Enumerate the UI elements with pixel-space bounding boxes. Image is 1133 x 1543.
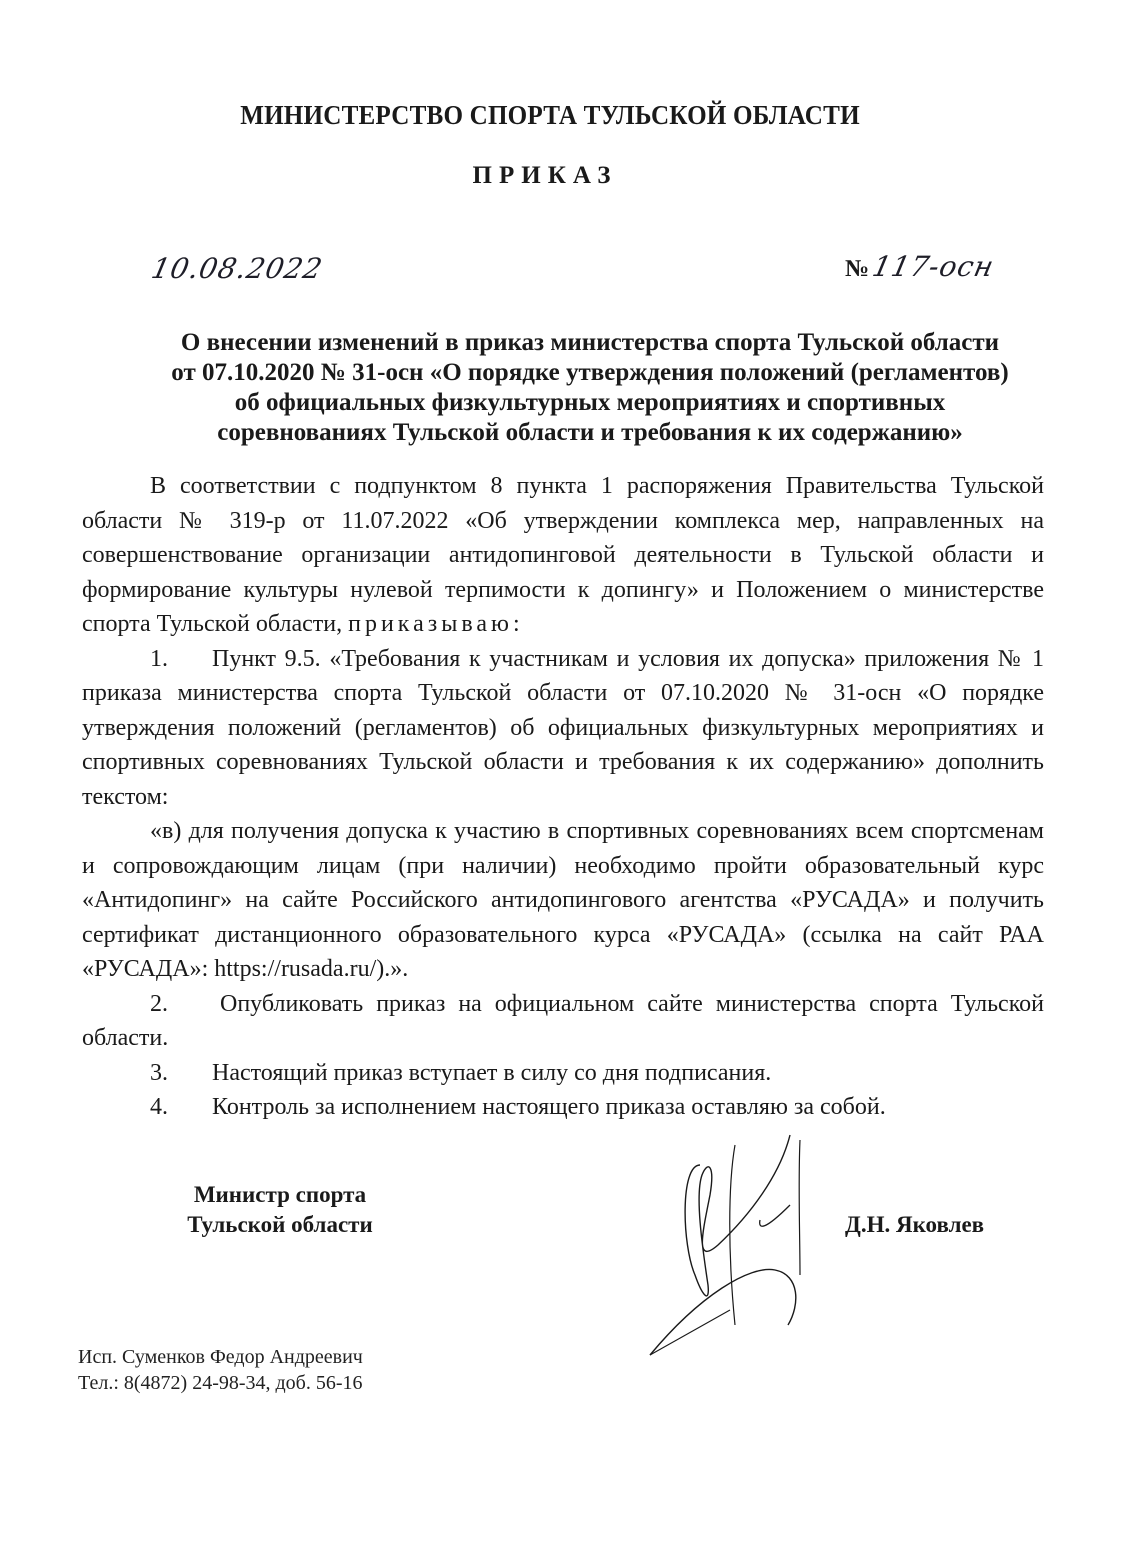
title-line: от 07.10.2020 № 31-осн «О порядке утверж… [80,358,1100,388]
number-sign: № [845,256,869,283]
title-line: О внесении изменений в приказ министерст… [80,328,1100,358]
item-number: 2. [150,987,220,1022]
title-line: соревнованиях Тульской области и требова… [80,418,1100,448]
handwritten-signature-icon [640,1125,870,1375]
executor-name: Исп. Суменков Федор Андреевич [78,1344,363,1370]
ministry-header: МИНИСТЕРСТВО СПОРТА ТУЛЬСКОЙ ОБЛАСТИ [39,100,1062,131]
item-number: 4. [150,1090,212,1125]
item-4: 4.Контроль за исполнением настоящего при… [82,1090,1044,1125]
item-1: 1.Пункт 9.5. «Требования к участникам и … [82,642,1044,815]
item-text: Контроль за исполнением настоящего прика… [212,1094,886,1120]
order-title: О внесении изменений в приказ министерст… [80,328,1100,448]
item-text: Пункт 9.5. «Требования к участникам и ус… [82,646,1044,810]
item-text: Настоящий приказ вступает в силу со дня … [212,1060,771,1086]
item-text: Опубликовать приказ на официальном сайте… [82,991,1044,1052]
order-body: В соответствии с подпунктом 8 пункта 1 р… [82,469,1044,1125]
preamble-paragraph: В соответствии с подпунктом 8 пункта 1 р… [82,469,1044,642]
order-date: 10.08.2022 [148,252,325,285]
executor-phone: Тел.: 8(4872) 24-98-34, доб. 56-16 [78,1370,363,1396]
item-2: 2.Опубликовать приказ на официальном сай… [82,987,1044,1056]
document-type: ПРИКАЗ [0,162,1090,190]
preamble-text: В соответствии с подпунктом 8 пункта 1 р… [82,473,1044,637]
item-text: «в) для получения допуска к участию в сп… [82,818,1044,982]
signatory-name: Д.Н. Яковлев [845,1212,984,1238]
title-line: об официальных физкультурных мероприятия… [80,388,1100,418]
item-3: 3.Настоящий приказ вступает в силу со дн… [82,1056,1044,1091]
item-number: 3. [150,1056,212,1091]
signatory-position: Министр спорта Тульской области [150,1180,410,1240]
order-number: № 117-осн [845,250,994,283]
item-1-addition: «в) для получения допуска к участию в сп… [82,814,1044,987]
order-keyword: приказываю: [348,611,524,637]
document-page: МИНИСТЕРСТВО СПОРТА ТУЛЬСКОЙ ОБЛАСТИ ПРИ… [0,0,1133,1543]
position-line: Тульской области [150,1210,410,1240]
executor-info: Исп. Суменков Федор Андреевич Тел.: 8(48… [78,1344,363,1396]
item-number: 1. [150,642,212,677]
order-number-value: 117-осн [870,250,998,283]
position-line: Министр спорта [150,1180,410,1210]
